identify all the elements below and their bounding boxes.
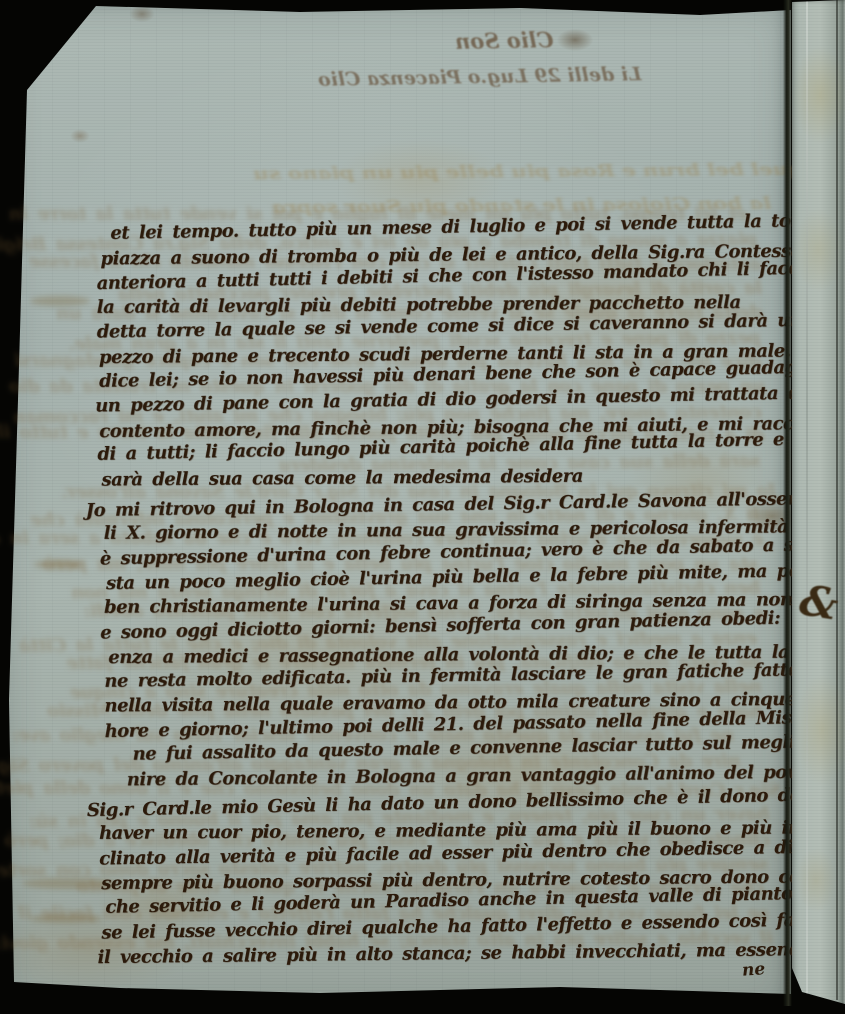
margin-smudge — [30, 296, 90, 306]
ink-flourish: & — [796, 575, 841, 629]
paper-crease — [806, 0, 808, 1014]
margin-smudge — [30, 914, 102, 923]
letter-text-block: et lei tempo. tutto più un mese di lugli… — [94, 219, 791, 970]
manuscript-scan: et lei tempo. tutto più un mese di lugli… — [0, 0, 845, 1014]
catchword: ne — [741, 959, 766, 981]
binding-gutter — [783, 0, 792, 1006]
page-edge-line — [836, 0, 838, 1000]
margin-smudge — [34, 560, 84, 569]
showthrough-line: Clio Son — [455, 27, 554, 54]
